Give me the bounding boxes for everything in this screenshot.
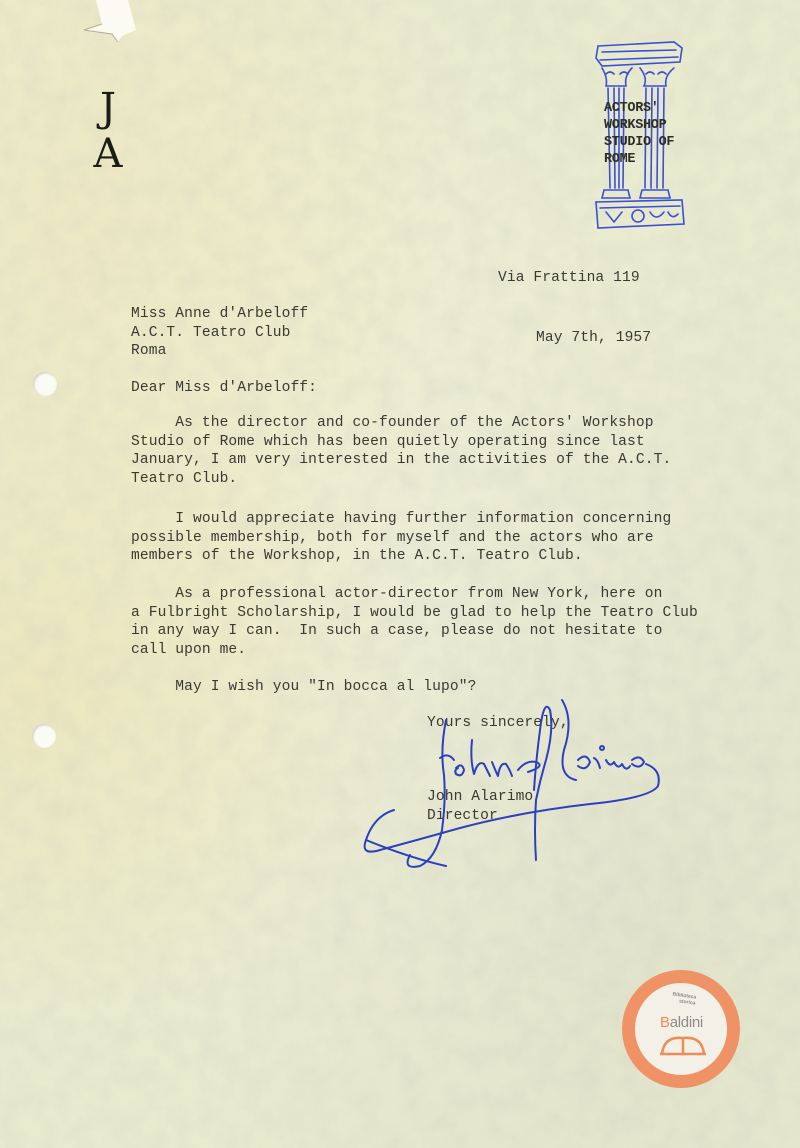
open-book-icon <box>660 1034 706 1056</box>
letter-page: J A <box>0 0 800 1148</box>
recipient-address: Miss Anne d'Arbeloff A.C.T. Teatro Club … <box>131 305 308 361</box>
logo-text-line: WORKSHOP <box>604 118 666 133</box>
body-line: January, I am very interested in the act… <box>131 451 721 470</box>
logo-text-line: ACTORS' <box>604 101 659 116</box>
torn-corner <box>82 0 138 44</box>
punch-hole <box>33 372 57 396</box>
body-paragraph-4: May I wish you "In bocca al lupo"? <box>131 678 721 697</box>
sender-street: Via Frattina 119 <box>498 268 651 288</box>
body-line: members of the Workshop, in the A.C.T. T… <box>131 547 721 566</box>
body-line: Studio of Rome which has been quietly op… <box>131 433 721 452</box>
archive-library-stamp: Biblioteca storica Baldini <box>622 970 740 1088</box>
body-line: As the director and co-founder of the Ac… <box>131 414 721 433</box>
stamp-name-initial: B <box>660 1014 670 1031</box>
logo-text-line: ROME <box>604 152 635 167</box>
body-line: possible membership, both for myself and… <box>131 529 721 548</box>
body-line: Teatro Club. <box>131 470 721 489</box>
monogram-letter-j: J <box>86 88 130 128</box>
recipient-city: Roma <box>131 342 308 361</box>
body-line: in any way I can. In such a case, please… <box>131 622 721 641</box>
body-line: a Fulbright Scholarship, I would be glad… <box>131 604 721 623</box>
monogram-letter-a: A <box>86 134 130 174</box>
closing: Yours sincerely, <box>427 715 569 731</box>
stamp-name-rest: aldini <box>670 1014 703 1031</box>
letterhead-monogram: J A <box>86 88 130 174</box>
letter-date: May 7th, 1957 <box>498 328 651 348</box>
sender-address: Via Frattina 119 May 7th, 1957 <box>498 228 651 388</box>
body-paragraph-2: I would appreciate having further inform… <box>131 510 721 566</box>
signer-title: Director <box>427 807 533 826</box>
body-paragraph-3: As a professional actor-director from Ne… <box>131 585 721 659</box>
body-line: I would appreciate having further inform… <box>131 510 721 529</box>
stamp-library-name: Baldini <box>660 1014 703 1031</box>
body-paragraph-1: As the director and co-founder of the Ac… <box>131 414 721 488</box>
logo-text: ACTORS' WORKSHOP STUDIO OF ROME <box>604 100 674 168</box>
signer-name: John Alarimo <box>427 788 533 807</box>
signer-block: John Alarimo Director <box>427 788 533 825</box>
recipient-name: Miss Anne d'Arbeloff <box>131 305 308 324</box>
body-line: May I wish you "In bocca al lupo"? <box>131 678 721 697</box>
body-line: As a professional actor-director from Ne… <box>131 585 721 604</box>
recipient-organization: A.C.T. Teatro Club <box>131 324 308 343</box>
punch-hole <box>32 724 56 748</box>
salutation: Dear Miss d'Arbeloff: <box>131 380 317 396</box>
body-line: call upon me. <box>131 641 721 660</box>
logo-text-line: STUDIO OF <box>604 135 674 150</box>
